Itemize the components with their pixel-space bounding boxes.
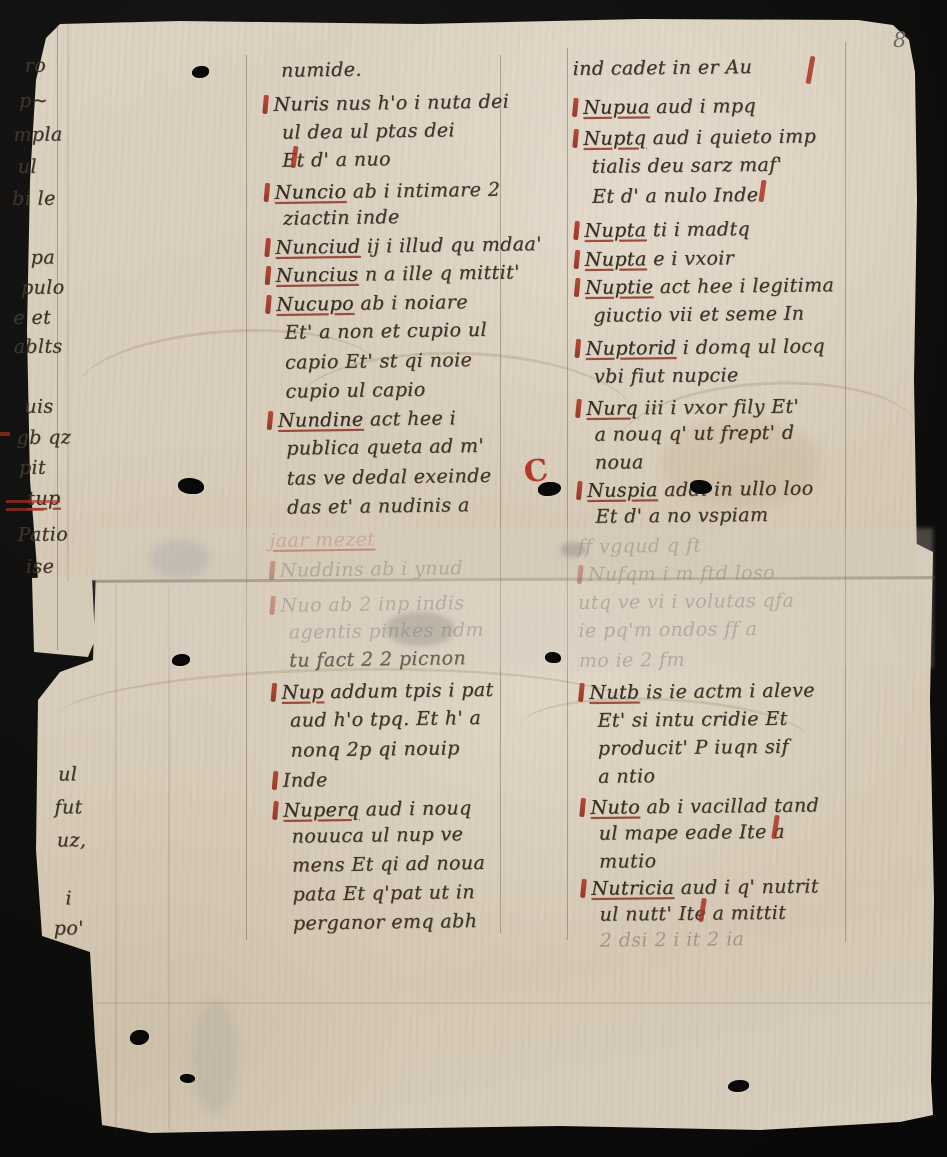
rubric-stroke: [574, 339, 581, 358]
line-text: agentis pinkes ndm: [289, 619, 484, 644]
line-text: ro: [25, 55, 47, 77]
text-line: ind cadet in er Au: [573, 56, 753, 80]
text-line: ro: [25, 55, 47, 77]
rubric-stroke: [572, 129, 579, 148]
text-line: ff vgqud q ft: [578, 535, 702, 558]
text-line: Nuris nus h'o i nuta dei: [263, 89, 509, 116]
folio-number: 8: [893, 28, 907, 52]
text-line: ul dea ul ptas dei: [282, 119, 455, 143]
line-text: ab i noiare: [354, 291, 468, 315]
line-text: Inde: [283, 769, 328, 792]
line-text: e et: [13, 307, 51, 329]
text-line: ise: [26, 556, 55, 578]
headword: jaar mezet: [269, 528, 375, 551]
rubric-stroke: [575, 399, 582, 418]
text-line: ziactin inde: [283, 206, 400, 230]
text-line: uis: [24, 396, 53, 418]
text-line: pata Et q'pat ut in: [292, 881, 475, 906]
text-line: Nutricia aud i q' nutrit: [581, 873, 819, 899]
line-text: ind cadet in er Au: [573, 56, 753, 80]
text-line: cupio ul capio: [285, 379, 425, 403]
text-line: Nupta ti i madtq: [574, 216, 750, 242]
rubric-stroke: [264, 238, 271, 257]
line-text: addum tpis i pat: [324, 679, 494, 703]
text-line: Nuddins ab i ynud: [270, 555, 463, 582]
text-line: Nunciud ij i illud qu mdaa': [265, 231, 542, 259]
crease: [168, 585, 170, 1130]
text-line: fut: [54, 796, 82, 818]
text-line: giuctio vii et seme In: [593, 303, 804, 327]
line-text: Et d' a nuo: [282, 148, 391, 172]
text-line: ie pq'm ondos ff a: [578, 618, 757, 642]
line-text: ie pq'm ondos ff a: [578, 618, 757, 642]
line-text: noua: [595, 451, 644, 474]
text-line: Et d' a nulo Inde: [592, 184, 759, 208]
text-line: 2 dsi 2 i it 2 ia: [600, 928, 745, 952]
rubric-stroke: [579, 798, 586, 817]
rubric-stroke: [576, 481, 583, 500]
text-line: Nucupo ab i noiare: [266, 289, 468, 316]
headword: Nuris: [273, 93, 329, 116]
headword: Nundine: [278, 409, 364, 432]
rubric-stroke: [574, 250, 581, 269]
text-line: agentis pinkes ndm: [289, 619, 484, 644]
line-text: bi le: [12, 188, 56, 210]
text-line: Nurq iii i vxor fily Et': [576, 394, 799, 420]
line-text: aud i quieto imp: [646, 125, 816, 149]
line-text: mens Et qi ad noua: [292, 852, 485, 877]
line-text: vbi fiut nupcie: [594, 364, 739, 388]
text-line: Et' a non et cupio ul: [284, 319, 487, 344]
text-line: e et: [13, 307, 51, 329]
text-line: ablts: [14, 335, 63, 358]
rubric-stroke: [580, 879, 587, 898]
hole: [690, 480, 712, 494]
line-text: ff vgqud q ft: [578, 535, 702, 558]
line-text: nus h'o i nuta dei: [329, 91, 509, 116]
headword: tup: [27, 487, 60, 509]
line-text: e i vxoir: [647, 247, 735, 270]
text-line: ul: [58, 763, 77, 785]
text-line: pit: [19, 457, 46, 479]
line-text: tialis deu sarz maf': [592, 154, 783, 178]
line-text: po': [54, 917, 84, 939]
text-line: Nupua aud i mpq: [573, 93, 756, 119]
line-text: Et' si intu cridie Et: [597, 708, 787, 732]
hole: [180, 1074, 195, 1083]
text-line: das et' a nudinis a: [287, 494, 470, 519]
rubric-stroke: [265, 266, 272, 285]
text-line: vbi fiut nupcie: [594, 364, 739, 388]
text-line: producit' P iuqn sif: [598, 736, 789, 760]
line-text: ul nutt' Ite a mittit: [599, 902, 786, 926]
line-text: aud i q' nutrit: [674, 875, 819, 899]
rubric-stroke: [272, 771, 279, 790]
line-text: nouuca ul nup ve: [292, 823, 464, 847]
line-text: n a ille q mittit': [358, 261, 520, 285]
line-text: i: [65, 887, 72, 909]
headword: Nurq: [586, 397, 638, 420]
text-line: Nuperq aud i nouq: [273, 795, 472, 822]
text-line: nouuca ul nup ve: [292, 823, 464, 847]
text-line: mpla: [13, 123, 62, 146]
rubric-stroke: [574, 278, 581, 297]
line-text: addi in ullo loo: [658, 477, 814, 501]
rubric-stroke: [267, 411, 274, 430]
line-text: ab i intimare 2: [346, 179, 500, 203]
headword: Nuperq: [283, 799, 359, 822]
line-text: tu fact 2 2 picnon: [289, 647, 466, 671]
ruling-line: [845, 42, 846, 942]
line-text: ab i vacillad tand: [640, 794, 819, 818]
text-line: aud h'o tpq. Et h' a: [290, 707, 481, 732]
text-line: nonq 2p qi nouip: [290, 737, 460, 761]
text-line: pulo: [21, 276, 65, 298]
text-line: Patio: [17, 523, 68, 546]
line-text: Nuddins ab i ynud: [280, 557, 463, 582]
rubric-underline: [6, 500, 60, 503]
crease: [67, 22, 69, 582]
rubric-stroke: [269, 596, 276, 615]
text-line: uz,: [57, 829, 87, 851]
line-text: Et d' a nulo Inde: [592, 184, 759, 208]
headword: Nupta: [584, 219, 646, 242]
headword: Nupua: [583, 96, 650, 119]
text-line: mo ie 2 fm: [579, 649, 685, 672]
text-line: Nufqm i m ftd loso: [578, 560, 775, 586]
text-line: numide.: [281, 59, 362, 82]
headword: Nunciud: [275, 236, 360, 259]
line-text: aud h'o tpq. Et h' a: [290, 707, 481, 732]
headword: Nuspia: [587, 479, 658, 502]
text-line: jaar mezet: [269, 528, 375, 551]
headword: Nucupo: [276, 293, 354, 316]
rubric-stroke: [269, 561, 276, 580]
headword: Nuptie: [585, 276, 654, 299]
line-text: producit' P iuqn sif: [598, 736, 789, 760]
text-line: i: [65, 887, 72, 909]
rubric-stroke: [578, 683, 585, 702]
text-line: tu fact 2 2 picnon: [289, 647, 466, 671]
headword: Nuto: [590, 796, 640, 819]
rubric-stroke: [265, 295, 272, 314]
line-text: nonq 2p qi nouip: [290, 737, 460, 761]
text-line: po': [54, 917, 84, 939]
line-text: Et' a non et cupio ul: [284, 319, 487, 344]
line-text: ij i illud qu mdaa': [360, 233, 542, 258]
text-line: a nouq q' ut frept' d: [594, 422, 794, 446]
line-text: act hee i: [363, 407, 456, 430]
line-text: i domq ul locq: [676, 335, 825, 359]
line-text: pata Et q'pat ut in: [292, 881, 475, 906]
text-line: tialis deu sarz maf': [592, 154, 783, 178]
line-text: publica queta ad m': [286, 435, 484, 460]
line-text: giuctio vii et seme In: [593, 303, 804, 327]
text-line: Nuo ab 2 inp indis: [270, 590, 464, 617]
line-text: act hee i legitima: [653, 274, 834, 298]
text-line: Nuptorid i domq ul locq: [576, 333, 826, 360]
line-text: perganor emq abh: [293, 910, 478, 935]
line-text: ul mape eade Ite a: [599, 821, 785, 845]
text-line: mutio: [599, 850, 657, 873]
text-line: Nuto ab i vacillad tand: [580, 792, 819, 818]
text-line: mens Et qi ad noua: [292, 852, 485, 877]
line-text: a nouq q' ut frept' d: [594, 422, 794, 446]
line-text: ablts: [14, 335, 63, 358]
line-text: ul: [18, 156, 37, 178]
text-line: capio Et' st qi noie: [285, 349, 472, 374]
text-line: ul mape eade Ite a: [599, 821, 785, 845]
line-text: ul: [58, 763, 77, 785]
line-text: pulo: [21, 276, 65, 298]
rubric-underline: [6, 508, 44, 511]
rubric-underline: [0, 432, 10, 436]
crease: [115, 585, 117, 1130]
line-text: fut: [54, 796, 82, 818]
stain: [150, 540, 210, 578]
line-text: aud i nouq: [359, 797, 472, 821]
text-line: Nuptie act hee i legitima: [575, 272, 834, 299]
text-line: Et d' a no vspiam: [595, 504, 768, 528]
headword: Nuncius: [276, 264, 359, 287]
headword: Nupta: [585, 248, 647, 271]
text-line: tas ve dedal exeinde: [287, 465, 492, 490]
line-text: gb qz: [16, 426, 71, 449]
rubric-stroke: [264, 183, 271, 202]
text-line: pa: [31, 247, 56, 269]
line-text: pit: [19, 457, 46, 479]
text-line: Nutb is ie actm i aleve: [579, 677, 815, 703]
text-line: utq ve vi i volutas qfa: [578, 590, 794, 614]
rubric-stroke: [572, 98, 579, 117]
line-text: Patio: [17, 523, 68, 546]
line-text: mutio: [599, 850, 657, 873]
text-line: noua: [595, 451, 644, 474]
ruling-line: [567, 48, 568, 940]
line-text: Nufqm i m ftd loso: [588, 562, 775, 586]
text-line: Nuptq aud i quieto imp: [573, 123, 816, 150]
line-text: iii i vxor fily Et': [638, 396, 799, 420]
text-line: ul nutt' Ite a mittit: [599, 902, 786, 926]
headword: Nuncio: [275, 181, 347, 204]
line-text: is ie actm i aleve: [639, 679, 815, 703]
rubric-stroke: [573, 221, 580, 240]
line-text: capio Et' st qi noie: [285, 349, 472, 374]
headword: Nutricia: [591, 877, 674, 900]
line-text: Nuo ab 2 inp indis: [280, 592, 464, 617]
stain: [192, 1000, 238, 1115]
headword: Nuptq: [583, 127, 646, 150]
line-text: pa: [31, 247, 56, 269]
line-text: Et d' a no vspiam: [595, 504, 768, 528]
text-line: publica queta ad m': [286, 435, 484, 460]
hole: [545, 652, 561, 663]
rubric-stroke: [272, 801, 279, 820]
text-line: perganor emq abh: [293, 910, 478, 935]
text-line: p~: [19, 90, 48, 112]
line-text: 2 dsi 2 i it 2 ia: [600, 928, 745, 952]
text-line: Nuncius n a ille q mittit': [266, 259, 520, 287]
text-line: tup: [27, 487, 60, 509]
text-line: Nupta e i vxoir: [575, 245, 735, 271]
headword: Nutb: [589, 681, 639, 704]
text-line: ul: [18, 156, 37, 178]
text-line: bi le: [12, 188, 56, 210]
text-line: Nuncio ab i intimare 2: [265, 177, 501, 204]
text-line: Et d' a nuo: [282, 148, 391, 172]
line-text: ise: [26, 556, 55, 578]
line-text: numide.: [281, 59, 362, 82]
line-text: mpla: [13, 123, 62, 146]
line-text: ul dea ul ptas dei: [282, 119, 455, 143]
hole: [178, 478, 204, 494]
line-text: aud i mpq: [650, 95, 756, 118]
line-text: ziactin inde: [283, 206, 400, 230]
line-text: ti i madtq: [646, 218, 750, 241]
line-text: uis: [24, 396, 53, 418]
rubric-stroke: [271, 683, 278, 702]
line-text: das et' a nudinis a: [287, 494, 470, 519]
line-text: uz,: [57, 829, 87, 851]
text-line: Nundine act hee i: [268, 405, 456, 432]
line-text: mo ie 2 fm: [579, 649, 685, 672]
text-line: a ntio: [598, 765, 655, 788]
line-text: a ntio: [598, 765, 655, 788]
line-text: utq ve vi i volutas qfa: [578, 590, 794, 614]
crease: [95, 1002, 930, 1004]
headword: Nup: [282, 681, 325, 704]
text-line: Nup addum tpis i pat: [271, 677, 493, 704]
rubric-stroke: [262, 95, 269, 114]
text-line: Et' si intu cridie Et: [597, 708, 787, 732]
line-text: cupio ul capio: [285, 379, 425, 403]
line-text: tas ve dedal exeinde: [287, 465, 492, 490]
ruling-line: [246, 55, 247, 940]
text-line: gb qz: [16, 426, 71, 449]
text-line: Inde: [273, 767, 328, 792]
line-text: p~: [19, 90, 48, 112]
headword: Nuptorid: [586, 337, 677, 360]
rubric-stroke: [577, 565, 584, 584]
